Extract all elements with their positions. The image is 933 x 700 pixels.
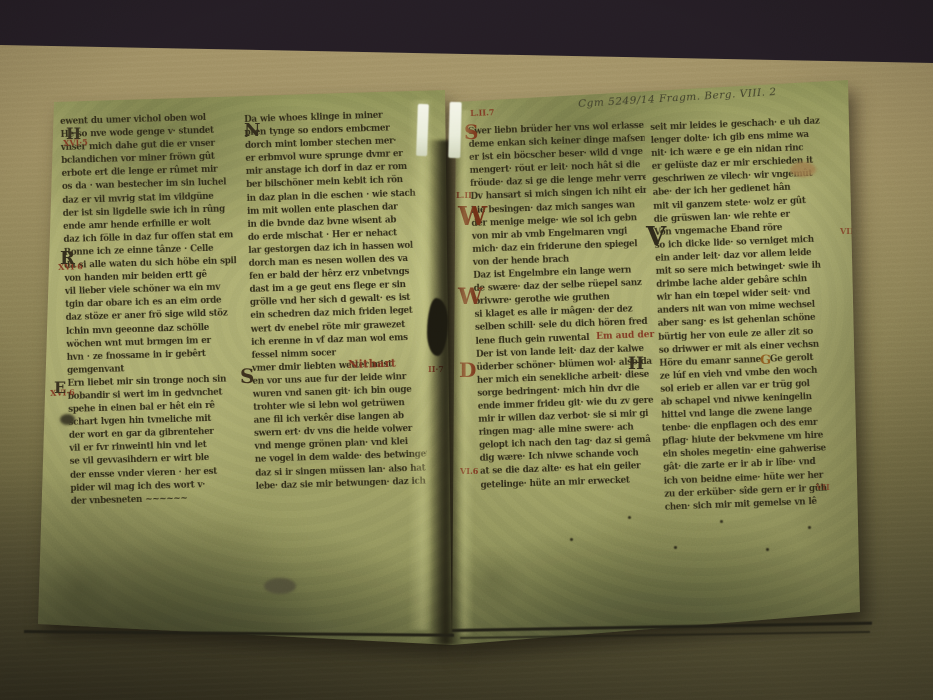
- left-leaf-column-1: ewent du umer vichol oben wol He so nve …: [60, 111, 243, 514]
- margin-numeral: VII: [816, 482, 830, 492]
- manuscript-photograph: ewent du umer vichol oben wol He so nve …: [0, 0, 933, 700]
- right-manuscript-leaf: Cgm 5249/14 Fragm. Berg. VIII. 2 Swer li…: [450, 78, 870, 648]
- pen-initial: N: [244, 122, 260, 140]
- rubricated-name: Nithart: [348, 357, 396, 371]
- right-leaf-parchment: Cgm 5249/14 Fragm. Berg. VIII. 2 Swer li…: [450, 78, 870, 648]
- left-leaf-column-2: Da wie whoes klinge in miner pren tynge …: [244, 109, 428, 504]
- pen-initial: S: [240, 366, 254, 386]
- right-leaf-column-2: seit mir leides ie geschach· e uh daz le…: [650, 115, 847, 518]
- rubricated-phrase: Em aud der: [596, 330, 654, 342]
- gold-initial: G: [760, 354, 771, 367]
- margin-numeral: VII·2: [840, 226, 862, 236]
- pen-initial: V: [646, 224, 666, 250]
- dark-stain: [264, 578, 296, 594]
- pen-initial: H: [628, 356, 644, 373]
- pen-initial: H: [66, 126, 81, 142]
- light-slit: [416, 104, 429, 156]
- light-slit: [448, 102, 461, 158]
- left-manuscript-leaf: ewent du umer vichol oben wol He so nve …: [36, 88, 456, 658]
- ink-stain: [60, 414, 75, 425]
- pen-initial: E: [54, 380, 66, 396]
- left-leaf-parchment: ewent du umer vichol oben wol He so nve …: [36, 88, 456, 658]
- pen-initial: R: [60, 250, 75, 268]
- brown-patch: [790, 162, 816, 177]
- gutter-shadow: [428, 140, 462, 645]
- right-leaf-column-1: Swer liebn brüder her vns wol erlassen d…: [468, 120, 657, 498]
- ink-specks: [570, 538, 573, 541]
